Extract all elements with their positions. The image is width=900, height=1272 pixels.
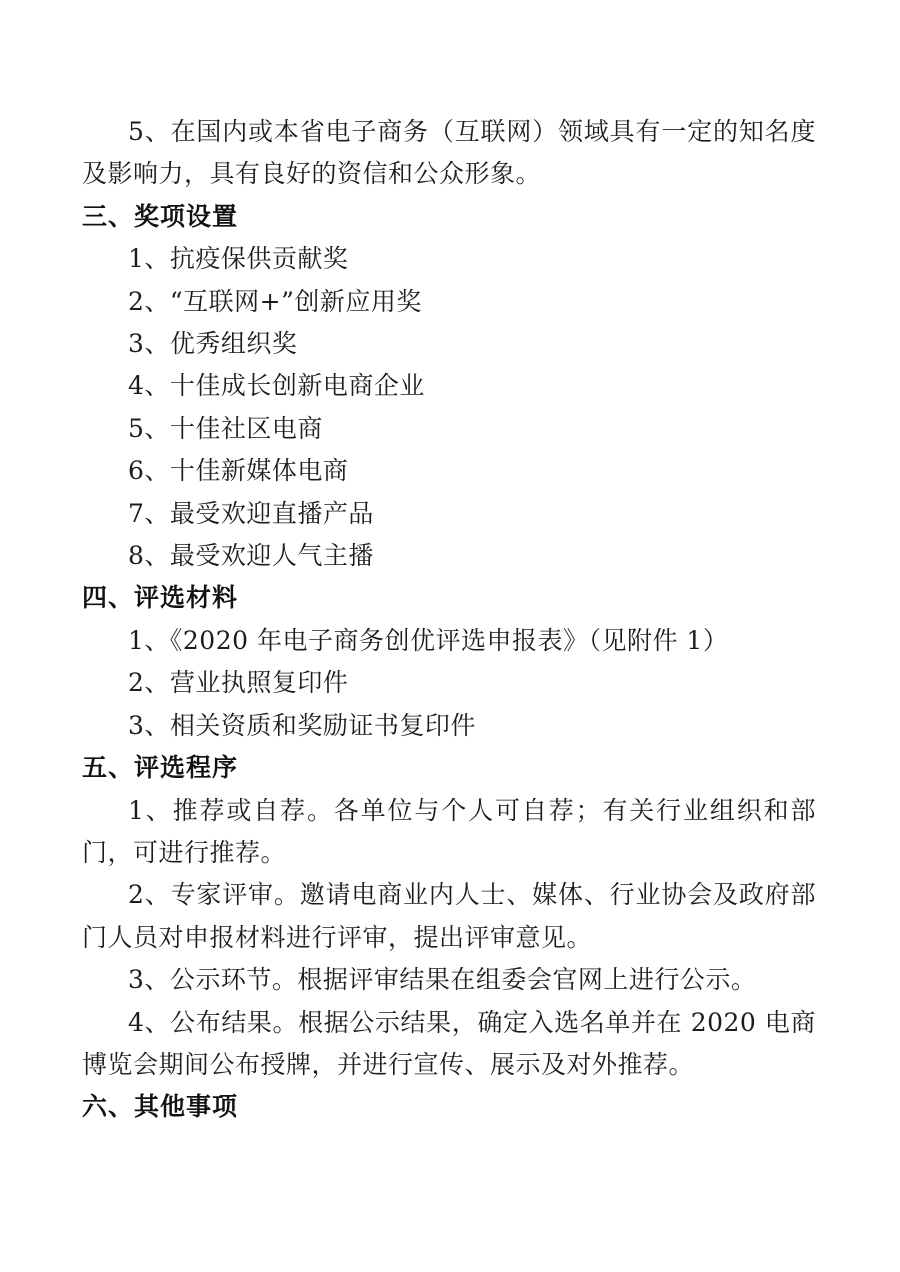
list-item-award-4: 4、十佳成长创新电商企业 <box>82 365 816 407</box>
section-heading-materials: 四、评选材料 <box>82 577 816 619</box>
section-heading-procedure: 五、评选程序 <box>82 747 816 789</box>
paragraph-procedure-3: 3、公示环节。根据评审结果在组委会官网上进行公示。 <box>82 959 816 1001</box>
section-heading-other-matters: 六、其他事项 <box>82 1086 816 1128</box>
paragraph-procedure-1: 1、推荐或自荐。各单位与个人可自荐；有关行业组织和部门，可进行推荐。 <box>82 790 816 875</box>
list-item-material-2: 2、营业执照复印件 <box>82 662 816 704</box>
list-item-award-1: 1、抗疫保供贡献奖 <box>82 238 816 280</box>
list-item-material-3: 3、相关资质和奖励证书复印件 <box>82 705 816 747</box>
paragraph-criteria-5: 5、在国内或本省电子商务（互联网）领域具有一定的知名度及影响力，具有良好的资信和… <box>82 111 816 196</box>
list-item-award-3: 3、优秀组织奖 <box>82 323 816 365</box>
paragraph-procedure-2: 2、专家评审。邀请电商业内人士、媒体、行业协会及政府部门人员对申报材料进行评审，… <box>82 874 816 959</box>
list-item-award-6: 6、十佳新媒体电商 <box>82 450 816 492</box>
list-item-award-7: 7、最受欢迎直播产品 <box>82 493 816 535</box>
document-page: 5、在国内或本省电子商务（互联网）领域具有一定的知名度及影响力，具有良好的资信和… <box>0 0 900 1272</box>
paragraph-procedure-4: 4、公布结果。根据公示结果，确定入选名单并在 2020 电商博览会期间公布授牌，… <box>82 1002 816 1087</box>
list-item-award-2: 2、“互联网+”创新应用奖 <box>82 281 816 323</box>
section-heading-awards: 三、奖项设置 <box>82 196 816 238</box>
list-item-material-1: 1、《2020 年电子商务创优评选申报表》（见附件 1） <box>82 620 816 662</box>
list-item-award-5: 5、十佳社区电商 <box>82 408 816 450</box>
list-item-award-8: 8、最受欢迎人气主播 <box>82 535 816 577</box>
